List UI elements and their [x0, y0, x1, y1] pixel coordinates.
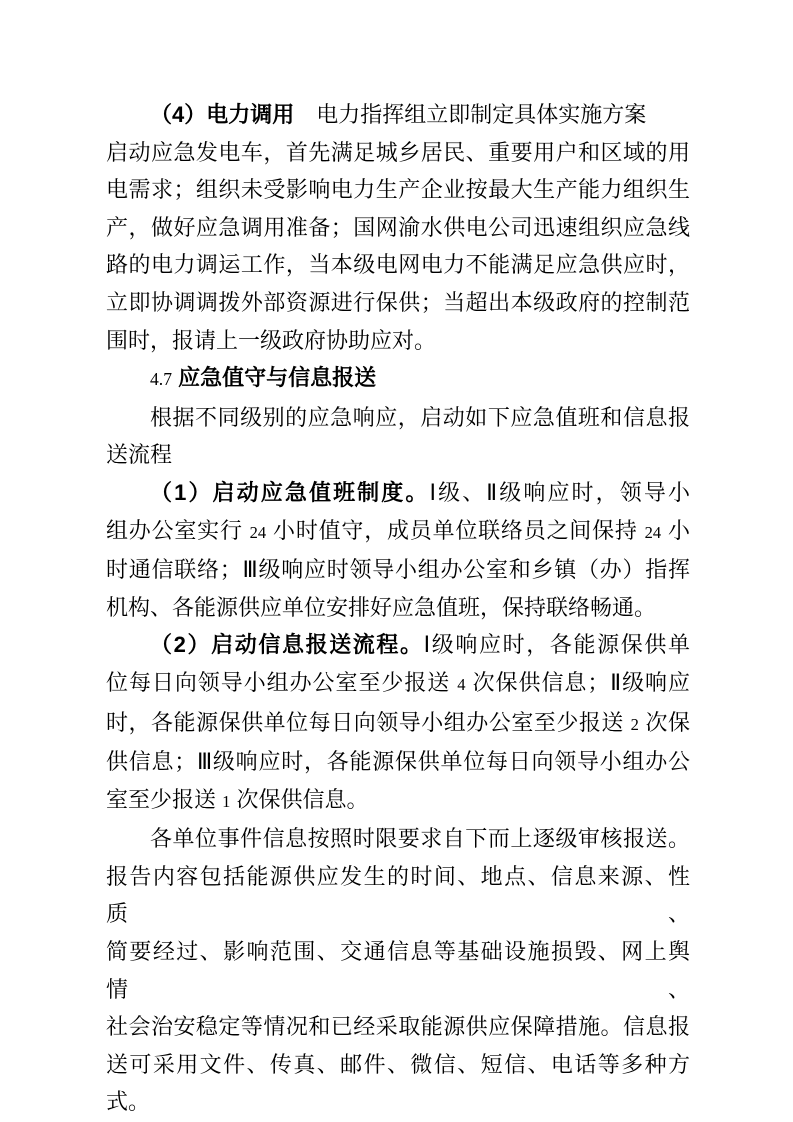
times-4: 4 — [457, 675, 465, 694]
para-power-dispatch-line3: 电需求；组织未受影响电力生产企业按最大生产能力组织生 — [106, 171, 690, 209]
report-line5-text-a: 室至少报送 — [106, 787, 222, 812]
duty-line2-text-b: 小时值守，成员单位联络员之间保持 — [266, 518, 644, 543]
duty-line2-text-a: 组办公室实行 — [106, 518, 250, 543]
times-2: 2 — [631, 715, 639, 734]
section-number: 4.7 — [150, 369, 172, 389]
para-report-flow-line1-rest: Ⅰ级响应时，各能源保供单 — [424, 632, 690, 657]
section-heading-4-7: 4.7应急值守与信息报送 — [106, 359, 690, 399]
report-line3-text-b: 次保 — [639, 710, 690, 735]
para-report-content-line2: 报告内容包括能源供应发生的时间、地点、信息来源、性质、 — [106, 858, 690, 933]
para-duty-system-line3: 时通信联络；Ⅲ级响应时领导小组办公室和乡镇（办）指挥 — [106, 551, 690, 589]
document-page: （4）电力调用 电力指挥组立即制定具体实施方案 启动应急发电车，首先满足城乡居民… — [0, 0, 793, 1122]
para-report-flow-line2: 位每日向领导小组办公室至少报送 4 次保供信息；Ⅱ级响应 — [106, 664, 690, 704]
para-power-dispatch-line1-rest: 电力指挥组立即制定具体实施方案 — [294, 102, 646, 127]
para-intro-line1: 根据不同级别的应急响应，启动如下应急值班和信息报 — [106, 399, 690, 437]
report-line2-text-a: 位每日向领导小组办公室至少报送 — [106, 670, 457, 695]
report-line3-text-a: 时，各能源保供单位每日向领导小组办公室至少报送 — [106, 710, 631, 735]
hours-24-first: 24 — [250, 523, 267, 542]
run-in-heading-power-dispatch: （4）电力调用 — [150, 102, 294, 127]
para-duty-system-line2: 组办公室实行 24 小时值守，成员单位联络员之间保持 24 小 — [106, 512, 690, 552]
para-report-content-line5: 送可采用文件、传真、邮件、微信、短信、电话等多种方式。 — [106, 1046, 690, 1121]
hours-24-second: 24 — [645, 523, 662, 542]
para-power-dispatch-line7: 围时，报请上一级政府协助应对。 — [106, 322, 690, 360]
para-report-flow-line3: 时，各能源保供单位每日向领导小组办公室至少报送 2 次保 — [106, 704, 690, 744]
para-duty-system-line4: 机构、各能源供应单位安排好应急值班，保持联络畅通。 — [106, 589, 690, 627]
run-in-heading-duty-system: （1）启动应急值班制度。 — [150, 480, 430, 505]
para-duty-system-line1: （1）启动应急值班制度。Ⅰ级、Ⅱ级响应时，领导小 — [106, 474, 690, 512]
para-power-dispatch-line6: 立即协调调拨外部资源进行保供；当超出本级政府的控制范 — [106, 284, 690, 322]
para-report-flow-line5: 室至少报送 1 次保供信息。 — [106, 781, 690, 821]
para-report-flow-line1: （2）启动信息报送流程。Ⅰ级响应时，各能源保供单 — [106, 626, 690, 664]
para-report-content-line1: 各单位事件信息按照时限要求自下而上逐级审核报送。 — [106, 820, 690, 858]
document-content: （4）电力调用 电力指挥组立即制定具体实施方案 启动应急发电车，首先满足城乡居民… — [106, 96, 690, 1121]
para-power-dispatch-line1: （4）电力调用 电力指挥组立即制定具体实施方案 — [106, 96, 690, 134]
report-line2-text-b: 次保供信息；Ⅱ级响应 — [466, 670, 690, 695]
para-duty-system-line1-rest: Ⅰ级、Ⅱ级响应时，领导小 — [430, 480, 690, 505]
para-report-content-line3: 简要经过、影响范围、交通信息等基础设施损毁、网上舆情、 — [106, 933, 690, 1008]
report-line5-text-b: 次保供信息。 — [230, 787, 368, 812]
para-power-dispatch-line4: 产，做好应急调用准备；国网渝水供电公司迅速组织应急线 — [106, 209, 690, 247]
para-power-dispatch-line5: 路的电力调运工作，当本级电网电力不能满足应急供应时， — [106, 246, 690, 284]
section-title: 应急值守与信息报送 — [178, 365, 376, 390]
duty-line2-text-c: 小 — [661, 518, 690, 543]
para-intro-line2: 送流程 — [106, 436, 690, 474]
para-power-dispatch-line2: 启动应急发电车，首先满足城乡居民、重要用户和区域的用 — [106, 134, 690, 172]
run-in-heading-report-flow: （2）启动信息报送流程。 — [150, 632, 424, 657]
para-report-content-line4: 社会治安稳定等情况和已经采取能源供应保障措施。信息报 — [106, 1008, 690, 1046]
para-report-flow-line4: 供信息；Ⅲ级响应时，各能源保供单位每日向领导小组办公 — [106, 743, 690, 781]
